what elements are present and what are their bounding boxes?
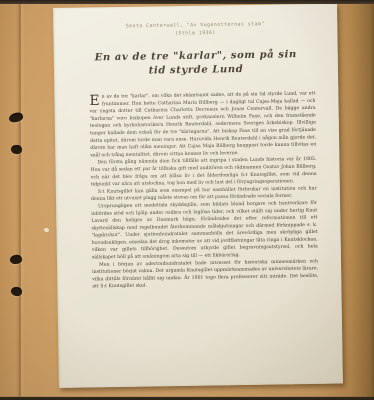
attribution-header: Senta Centerwall, "Av hugenotternas stam…	[53, 20, 337, 45]
body-text-inner: En av de tre "karlar", om vilka det skäm…	[89, 90, 318, 291]
article-title-line1: En av de tre "karlar", som på sin	[95, 49, 297, 63]
scanned-archive-card: Senta Centerwall, "Av hugenotternas stam…	[0, 0, 374, 400]
scan-edge-shadow-bottom	[0, 396, 374, 400]
cardboard-mount: Senta Centerwall, "Av hugenotternas stam…	[0, 3, 374, 397]
paragraph: Den första gång nämnda dam fick tillfäll…	[90, 156, 316, 189]
paragraph: En av de tre "karlar", om vilka det skäm…	[89, 90, 316, 159]
scan-edge-shadow-top	[0, 0, 374, 4]
article-title-line2: tid styrde Lund	[149, 64, 244, 76]
body-text: En av de tre "karlar", om vilka det skäm…	[89, 90, 319, 356]
paper-chip	[43, 227, 49, 232]
punch-hole	[10, 144, 22, 154]
attribution-line2: (Sthlm 1936)	[124, 28, 266, 37]
document-page: Senta Centerwall, "Av hugenotternas stam…	[53, 4, 343, 388]
paragraph: S:t Knutsgillet kan gälla som exempel på…	[91, 185, 317, 203]
paragraph: Ursprungligen ett medeltida skyddsgille,…	[91, 199, 318, 261]
punch-hole	[10, 286, 22, 297]
punch-hole	[10, 254, 23, 264]
paragraph: Men i början av adertonhundratalet hade …	[92, 258, 318, 291]
punch-hole	[8, 111, 24, 123]
article-title: En av de tre "karlar", som på sin tid st…	[54, 48, 338, 79]
cardboard-crease	[19, 3, 21, 397]
drop-cap: E	[89, 93, 101, 106]
attribution-line1: Senta Centerwall, "Av hugenotternas stam…	[124, 21, 266, 30]
